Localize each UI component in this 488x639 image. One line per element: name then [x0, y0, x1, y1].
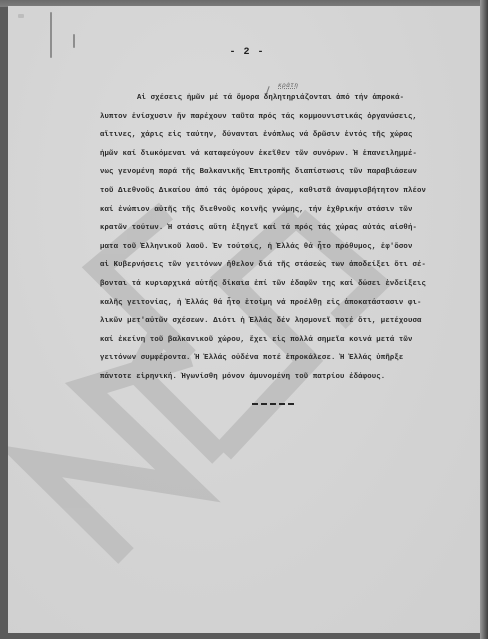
text-line: Αἱ σχέσεις ἡμῶν μέ τά ὅμορα δηλητηριάζον…	[100, 89, 450, 108]
text-line: βονται τά κυριαρχικά αὐτῆς δίκαια ἐπί τῶ…	[100, 275, 450, 294]
text-line: αἱ Κυβερνήσεις τῶν γειτόνων ἤθελον διά τ…	[100, 256, 450, 275]
text-line: ἡμῶν καί διωκόμεναι νά καταφεύγουν ἐκεῖθ…	[100, 145, 450, 164]
margin-mark	[18, 14, 24, 18]
text-line: αἵτινες, χάρις εἰς ταύτην, δύνανται ἐνόπ…	[100, 126, 450, 145]
end-separator	[252, 403, 294, 405]
text-line: πάντοτε εἰρηνική. Ἠγωνίσθη μόνον ἀμυνομέ…	[100, 368, 450, 387]
text-line: καί ἐκείνη τοῦ βαλκανικοῦ χώρου, ἔχει εἰ…	[100, 331, 450, 350]
text-line: νως γενομένη παρά τῆς Βαλκανικῆς Ἐπιτροπ…	[100, 163, 450, 182]
text-line: τοῦ Διεθνοῦς Δικαίου ἀπό τάς ὁμόρους χώρ…	[100, 182, 450, 201]
text-line: καλῆς γειτονίας, ἡ Ἑλλάς θά ἦτο ἑτοίμη ν…	[100, 294, 450, 313]
scan-right-border	[480, 0, 488, 639]
text-line: λικῶν μετ'αὐτῶν σχέσεων. Διότι ἡ Ἑλλάς δ…	[100, 312, 450, 331]
text-line: ματα τοῦ Ἑλληνικοῦ λαοῦ. Ἐν τούτοις, ἡ Ἑ…	[100, 238, 450, 257]
document-page: - 2 - κράτη Αἱ σχέσεις ἡμῶν μέ τά ὅμορα …	[8, 6, 486, 633]
text-line: καί ἐνώπιον αὐτῆς τῆς διεθνοῦς κοινῆς γν…	[100, 201, 450, 220]
handwritten-insertion: κράτη	[278, 82, 299, 89]
text-line: γειτόνων συμφέροντα. Ἡ Ἑλλάς οὐδένα ποτέ…	[100, 349, 450, 368]
page-number: - 2 -	[8, 47, 486, 58]
text-line: κρατῶν τούτων. Ἡ στάσις αὕτη ἐξηγεῖ καί …	[100, 219, 450, 238]
text-line: λυπτον ἐνίσχυσιν ἥν παρέχουν ταῦτα πρός …	[100, 108, 450, 127]
body-paragraph: Αἱ σχέσεις ἡμῶν μέ τά ὅμορα δηλητηριάζον…	[100, 89, 450, 387]
margin-mark	[73, 34, 75, 48]
